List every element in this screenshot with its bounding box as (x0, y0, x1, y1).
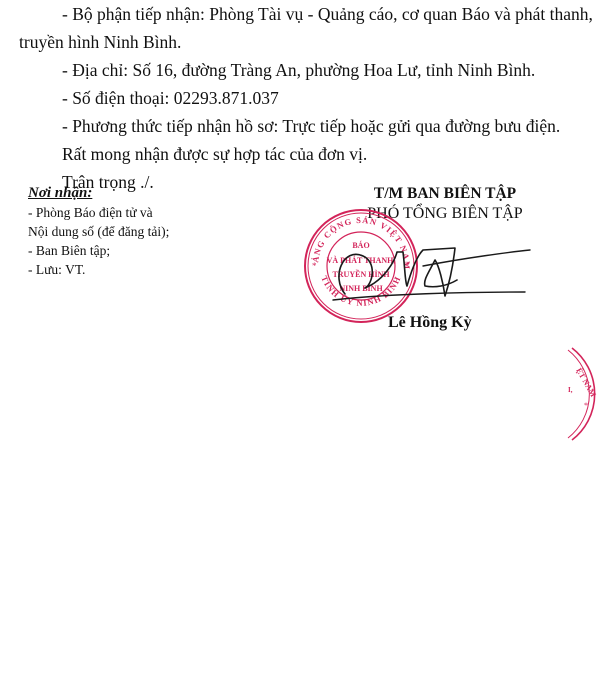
body-line-receiving-dept: - Bộ phận tiếp nhận: Phòng Tài vụ - Quản… (62, 6, 593, 24)
svg-text:ỆT NAM: ỆT NAM (574, 367, 598, 399)
svg-text:I,: I, (568, 386, 573, 394)
recipient-item: - Phòng Báo điện tử và (28, 206, 153, 220)
svg-text:*: * (584, 401, 588, 410)
signature-scribble-icon (325, 222, 555, 312)
body-line-phone: - Số điện thoại: 02293.871.037 (62, 90, 279, 108)
svg-text:*: * (312, 261, 317, 271)
recipient-item: - Ban Biên tập; (28, 244, 110, 258)
body-line-receiving-dept-cont: truyền hình Ninh Bình. (19, 34, 181, 52)
signature-org-line: T/M BAN BIÊN TẬP (330, 186, 560, 202)
body-line-submission-method: - Phương thức tiếp nhận hồ sơ: Trực tiếp… (62, 118, 560, 136)
body-line-address: - Địa chỉ: Số 16, đường Tràng An, phường… (62, 62, 535, 80)
recipient-item: - Lưu: VT. (28, 263, 85, 277)
body-line-closing-request: Rất mong nhận được sự hợp tác của đơn vị… (62, 146, 367, 164)
recipient-item: Nội dung số (để đăng tải); (28, 225, 169, 239)
signer-name: Lê Hồng Kỳ (388, 315, 472, 331)
recipients-title: Nơi nhận: (28, 186, 92, 201)
partial-stamp-icon: ỆT NAM * I, (566, 346, 610, 442)
